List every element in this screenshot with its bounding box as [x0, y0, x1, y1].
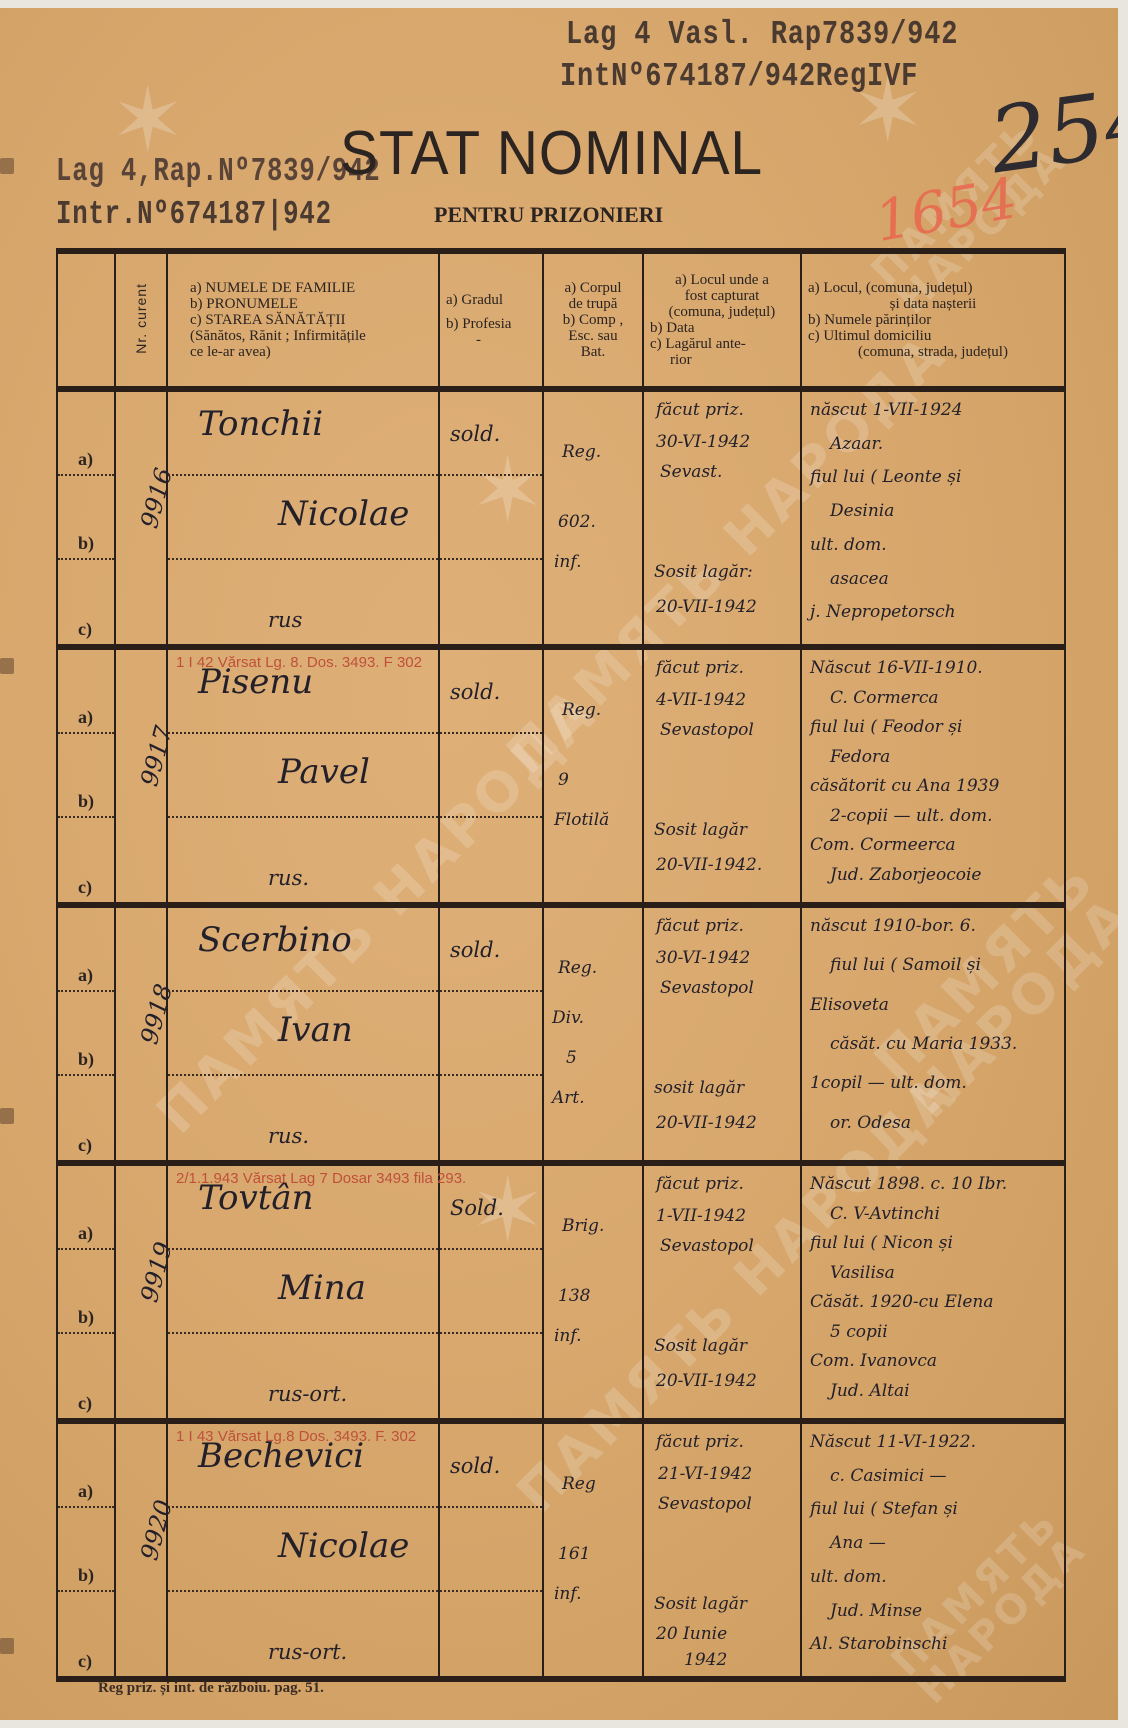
birth-line: fiul lui ( Feodor și	[810, 717, 962, 737]
binder-hole	[0, 158, 14, 174]
binder-hole	[0, 1638, 14, 1654]
birth-line: C. V-Avtinchi	[830, 1204, 940, 1224]
stamp-int-reg: IntNº674187/942RegIVF	[560, 58, 918, 95]
birth-line: Elisoveta	[810, 995, 889, 1015]
cell-capture: făcut priz.21-VI-1942SevastopolSosit lag…	[643, 1421, 801, 1679]
birth-line: Jud. Minse	[830, 1601, 922, 1621]
cell-sublabels: a) b) c)	[57, 1421, 115, 1679]
cell-unit: Reg.Div.5Art.	[543, 905, 643, 1163]
firstname: Nicolae	[278, 1526, 409, 1566]
cell-birth: Născut 1898. c. 10 Ibr.C. V-Avtinchifiul…	[801, 1163, 1065, 1421]
cell-unit: Reg161inf.	[543, 1421, 643, 1679]
birth-line: 5 copii	[830, 1322, 888, 1342]
birth-line: Desinia	[830, 501, 894, 521]
health-status: rus.	[268, 1124, 309, 1148]
unit-line: Reg.	[558, 958, 597, 978]
unit-line: 138	[558, 1286, 590, 1306]
capture-line: 20-VII-1942	[656, 597, 757, 617]
table-header-row: Nr. curent a) NUMELE DE FAMILIE b) PRONU…	[57, 251, 1065, 389]
health-status: rus-ort.	[268, 1640, 347, 1664]
cell-rank: sold.	[439, 1421, 543, 1679]
cell-rank: Sold.	[439, 1163, 543, 1421]
cell-sublabels: a) b) c)	[57, 647, 115, 905]
birth-line: Ana —	[830, 1533, 886, 1553]
unit-line: 5	[566, 1048, 577, 1068]
col-header-capture: a) Locul unde a fost capturat (comuna, j…	[643, 251, 801, 389]
unit-line: 161	[558, 1544, 590, 1564]
page-subtitle: PENTRU PRIZONIERI	[434, 202, 663, 228]
capture-line: Sevastopol	[660, 720, 754, 740]
birth-line: 1copil — ult. dom.	[810, 1073, 967, 1093]
firstname: Mina	[278, 1268, 366, 1308]
cell-name: Scerbino Ivan rus.	[167, 905, 439, 1163]
birth-line: Născut 16-VII-1910.	[810, 658, 983, 678]
unit-line: Brig.	[562, 1216, 604, 1236]
birth-line: căsăt. cu Maria 1933.	[830, 1034, 1017, 1054]
capture-line: 30-VI-1942	[656, 948, 750, 968]
capture-line: făcut priz.	[656, 658, 744, 678]
page-number-red-pencil: 1654	[870, 166, 1022, 255]
capture-line: Sevastopol	[660, 978, 754, 998]
stamp-lag-rap: Lag 4 Vasl. Rap7839/942	[566, 16, 958, 53]
health-status: rus-ort.	[268, 1382, 347, 1406]
cell-rank: sold.	[439, 905, 543, 1163]
rank: sold.	[450, 1454, 500, 1478]
transfer-note: 1 I 42 Vărsat Lg. 8. Dos. 3493. F 302	[176, 654, 422, 671]
surname: Tonchii	[198, 404, 323, 444]
col-header-name: a) NUMELE DE FAMILIE b) PRONUMELE c) STA…	[167, 251, 439, 389]
unit-line: Art.	[552, 1088, 585, 1108]
cell-capture: făcut priz.30-VI-1942Sevastopolsosit lag…	[643, 905, 801, 1163]
unit-line: inf.	[554, 552, 581, 572]
binder-hole	[0, 1108, 14, 1124]
capture-line: 20-VII-1942	[656, 1371, 757, 1391]
cell-sublabels: a) b) c)	[57, 1163, 115, 1421]
cell-birth: născut 1-VII-1924Azaar.fiul lui ( Leonte…	[801, 389, 1065, 647]
cell-birth: Născut 11-VI-1922.c. Casimici —fiul lui …	[801, 1421, 1065, 1679]
birth-line: asacea	[830, 569, 889, 589]
birth-line: Jud. Altai	[830, 1381, 910, 1401]
stamp-left-lag-rap: Lag 4,Rap.Nº7839/942	[56, 153, 381, 190]
capture-line: Sosit lagăr	[654, 820, 747, 840]
capture-line: 1-VII-1942	[656, 1206, 746, 1226]
birth-line: Azaar.	[830, 434, 883, 454]
birth-line: născut 1910-bor. 6.	[810, 916, 976, 936]
capture-line: făcut priz.	[656, 1174, 744, 1194]
unit-line: inf.	[554, 1584, 581, 1604]
transfer-note: 1 I 43 Vărsat Lg.8 Dos. 3493. F. 302	[176, 1428, 416, 1445]
cell-name: Bechevici Nicolae rus-ort.	[167, 1421, 439, 1679]
cell-rank: sold.	[439, 647, 543, 905]
table-row: a) b) c) 9918 Scerbino Ivan rus. sold. R…	[57, 905, 1065, 1163]
page-title: STAT NOMINAL	[340, 118, 763, 189]
cell-unit: Brig.138inf.	[543, 1163, 643, 1421]
birth-line: fiul lui ( Nicon și	[810, 1233, 953, 1253]
cell-nr: 9920 1 I 43 Vărsat Lg.8 Dos. 3493. F. 30…	[115, 1421, 167, 1679]
cell-nr: 9917 1 I 42 Vărsat Lg. 8. Dos. 3493. F 3…	[115, 647, 167, 905]
cell-birth: născut 1910-bor. 6.fiul lui ( Samoil șiE…	[801, 905, 1065, 1163]
rank: sold.	[450, 680, 500, 704]
cell-nr: 9919 2/1.1.943 Vărsat Lag 7 Dosar 3493 f…	[115, 1163, 167, 1421]
cell-unit: Reg.9Flotilă	[543, 647, 643, 905]
birth-line: 2-copii — ult. dom.	[830, 806, 993, 826]
surname: Scerbino	[198, 920, 352, 960]
cell-name: Tovtân Mina rus-ort.	[167, 1163, 439, 1421]
capture-line: 20-VII-1942	[656, 1113, 757, 1133]
cell-capture: făcut priz.1-VII-1942SevastopolSosit lag…	[643, 1163, 801, 1421]
rank: sold.	[450, 938, 500, 962]
birth-line: Născut 11-VI-1922.	[810, 1432, 976, 1452]
capture-line: făcut priz.	[656, 916, 744, 936]
birth-line: fiul lui ( Stefan și	[810, 1499, 958, 1519]
unit-line: Reg.	[562, 700, 601, 720]
capture-line: 20 Iunie	[656, 1624, 727, 1644]
prisoner-register-table: Nr. curent a) NUMELE DE FAMILIE b) PRONU…	[56, 248, 1066, 1682]
rank: sold.	[450, 422, 500, 446]
table-row: a) b) c) 9920 1 I 43 Vărsat Lg.8 Dos. 34…	[57, 1421, 1065, 1679]
table-row: a) b) c) 9916 Tonchii Nicolae rus sold. …	[57, 389, 1065, 647]
cell-nr: 9916	[115, 389, 167, 647]
birth-line: c. Casimici —	[830, 1466, 947, 1486]
document-page: ✶ ✶ ✶ ✶ ПАМЯТЬ НАРОДА ПАМЯТЬ НАРОДА ПАМЯ…	[0, 8, 1118, 1720]
capture-line: Sosit lagăr	[654, 1336, 747, 1356]
cell-unit: Reg.602.inf.	[543, 389, 643, 647]
col-header-rank: a) Gradul b) Profesia -	[439, 251, 543, 389]
unit-line: 602.	[558, 512, 596, 532]
unit-line: Reg.	[562, 442, 601, 462]
birth-line: or. Odesa	[830, 1113, 911, 1133]
cell-name: Pisenu Pavel rus.	[167, 647, 439, 905]
unit-line: Flotilă	[554, 810, 609, 830]
birth-line: Com. Cormeerca	[810, 835, 956, 855]
birth-line: ult. dom.	[810, 1567, 887, 1587]
birth-line: fiul lui ( Leonte și	[810, 467, 961, 487]
firstname: Pavel	[278, 752, 370, 792]
col-header-nr: Nr. curent	[115, 251, 167, 389]
birth-line: Al. Starobinschi	[810, 1634, 947, 1654]
capture-line: făcut priz.	[656, 1432, 744, 1452]
cell-sublabels: a) b) c)	[57, 905, 115, 1163]
birth-line: ult. dom.	[810, 535, 887, 555]
cell-capture: făcut priz.4-VII-1942SevastopolSosit lag…	[643, 647, 801, 905]
cell-rank: sold.	[439, 389, 543, 647]
firstname: Ivan	[278, 1010, 353, 1050]
cell-nr: 9918	[115, 905, 167, 1163]
table-row: a) b) c) 9917 1 I 42 Vărsat Lg. 8. Dos. …	[57, 647, 1065, 905]
unit-line: Reg	[562, 1474, 596, 1494]
birth-line: Căsăt. 1920-cu Elena	[810, 1292, 994, 1312]
col-header-unit: a) Corpul de trupă b) Comp , Esc. sau Ba…	[543, 251, 643, 389]
cell-capture: făcut priz.30-VI-1942Sevast.Sosit lagăr:…	[643, 389, 801, 647]
health-status: rus	[268, 608, 302, 632]
capture-line: 21-VI-1942	[658, 1464, 752, 1484]
stamp-left-intr: Intr.Nº674187|942	[56, 196, 332, 233]
capture-line: Sevastopol	[660, 1236, 754, 1256]
unit-line: inf.	[554, 1326, 581, 1346]
health-status: rus.	[268, 866, 309, 890]
binder-hole	[0, 658, 14, 674]
capture-line: sosit lagăr	[654, 1078, 744, 1098]
transfer-note: 2/1.1.943 Vărsat Lag 7 Dosar 3493 fila 2…	[176, 1170, 466, 1187]
birth-line: Fedora	[830, 747, 890, 767]
birth-line: Jud. Zaborjeocoie	[830, 865, 981, 885]
birth-line: Născut 1898. c. 10 Ibr.	[810, 1174, 1007, 1194]
cell-birth: Născut 16-VII-1910.C. Cormercafiul lui (…	[801, 647, 1065, 905]
capture-line: Sosit lagăr	[654, 1594, 747, 1614]
capture-line: 1942	[684, 1650, 727, 1670]
birth-line: C. Cormerca	[830, 688, 939, 708]
rank: Sold.	[450, 1196, 504, 1220]
birth-line: născut 1-VII-1924	[810, 400, 963, 420]
unit-line: Div.	[552, 1008, 584, 1028]
capture-line: făcut priz.	[656, 400, 744, 420]
col-header-sublabel	[57, 251, 115, 389]
capture-line: 4-VII-1942	[656, 690, 746, 710]
capture-line: Sosit lagăr:	[654, 562, 753, 582]
birth-line: căsătorit cu Ana 1939	[810, 776, 999, 796]
capture-line: Sevast.	[660, 462, 722, 482]
unit-line: 9	[558, 770, 569, 790]
firstname: Nicolae	[278, 494, 409, 534]
footer-reference: Reg priz. și int. de războiu. pag. 51.	[98, 1680, 324, 1697]
capture-line: 20-VII-1942.	[656, 855, 762, 875]
capture-line: 30-VI-1942	[656, 432, 750, 452]
cell-name: Tonchii Nicolae rus	[167, 389, 439, 647]
capture-line: Sevastopol	[658, 1494, 752, 1514]
table-row: a) b) c) 9919 2/1.1.943 Vărsat Lag 7 Dos…	[57, 1163, 1065, 1421]
birth-line: Vasilisa	[830, 1263, 895, 1283]
birth-line: Com. Ivanovca	[810, 1351, 937, 1371]
birth-line: fiul lui ( Samoil și	[830, 955, 981, 975]
birth-line: j. Nepropetorsch	[810, 602, 956, 622]
cell-sublabels: a) b) c)	[57, 389, 115, 647]
col-header-birth: a) Locul, (comuna, județul) și data nașt…	[801, 251, 1065, 389]
